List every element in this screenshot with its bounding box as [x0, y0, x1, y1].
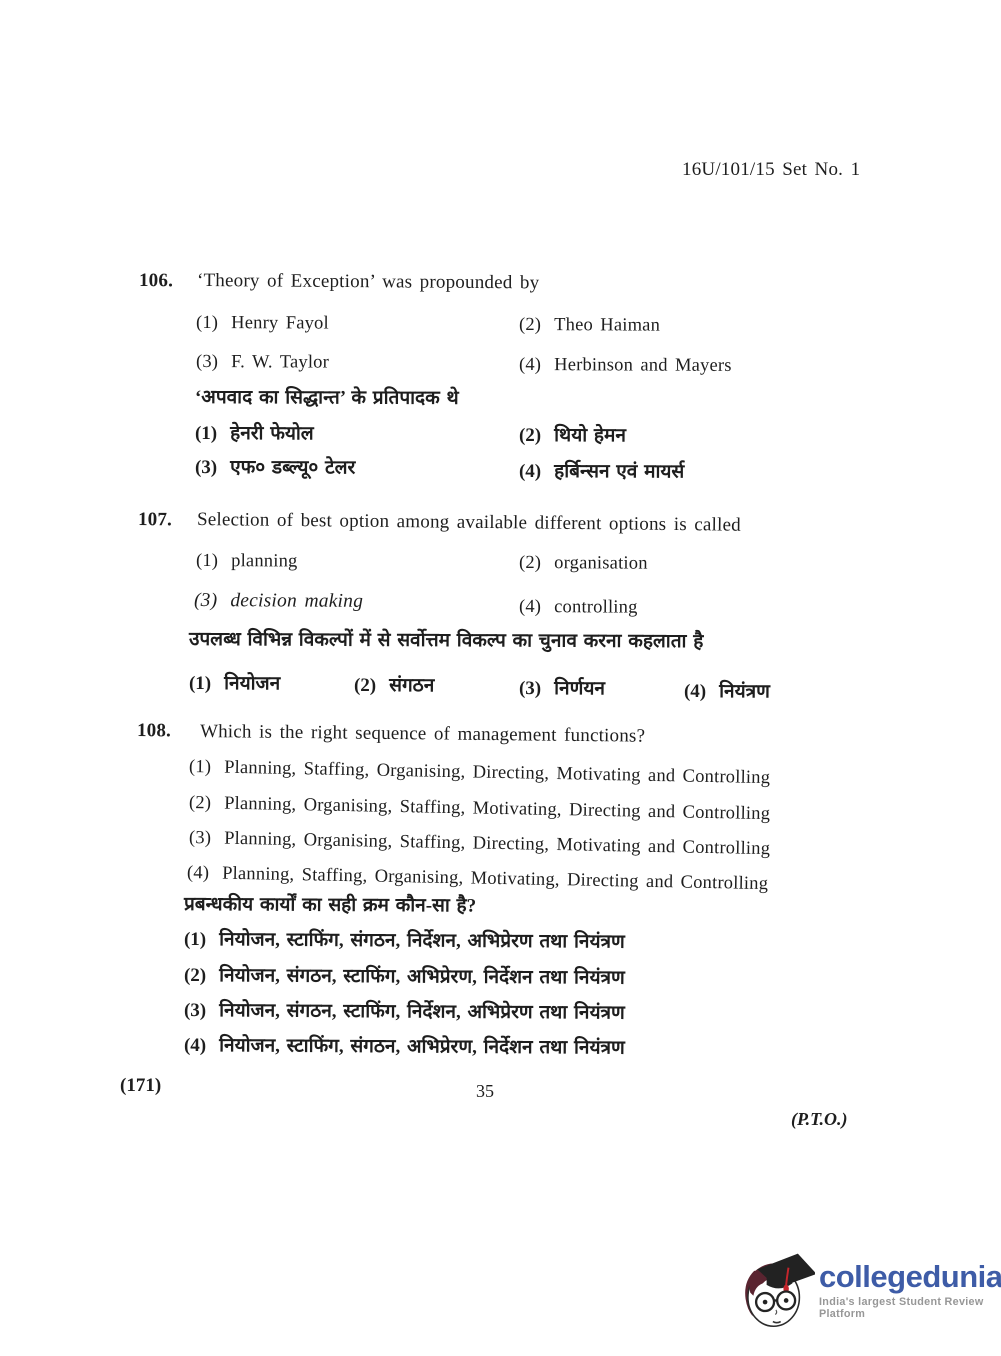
option-text: F. W. Taylor	[231, 352, 329, 372]
option-text: थियो हेमन	[554, 425, 626, 446]
option-text: Planning, Staffing, Organising, Directin…	[224, 758, 770, 788]
option-label: (2)	[184, 964, 206, 989]
footer-page-number: 35	[476, 1080, 494, 1103]
option-label: (4)	[519, 353, 541, 377]
option-text: संगठन	[389, 675, 434, 696]
option-label: (4)	[519, 460, 541, 485]
q108-option-1-en: (1)Planning, Staffing, Organising, Direc…	[189, 755, 771, 790]
q107-option-3-en: (3)decision making	[194, 588, 363, 614]
option-text: Henry Fayol	[231, 313, 329, 333]
q106-option-2-en: (2)Theo Haiman	[519, 313, 660, 338]
q107-option-1-hi: (1)नियोजन	[189, 672, 280, 697]
q106-option-4-hi: (4)हर्बिन्सन एवं मायर्स	[519, 460, 684, 485]
option-text: नियोजन, स्टाफिंग, संगठन, अभिप्रेरण, निर्…	[219, 1035, 625, 1058]
q106-option-3-en: (3)F. W. Taylor	[196, 350, 329, 375]
collegedunia-logo-text: collegedunia com India's largest Student…	[819, 1261, 1001, 1320]
q108-question-en: Which is the right sequence of managemen…	[200, 720, 645, 749]
q107-option-2-en: (2)organisation	[519, 551, 648, 576]
option-label: (2)	[519, 424, 541, 449]
option-label: (2)	[354, 674, 376, 699]
footer-booklet-code: (171)	[120, 1074, 161, 1099]
q108-option-2-en: (2)Planning, Organising, Staffing, Motiv…	[189, 791, 771, 826]
option-label: (1)	[189, 755, 212, 779]
q107-question-hi: उपलब्ध विभिन्न विकल्पों में से सर्वोत्तम…	[189, 628, 703, 655]
option-text: Planning, Organising, Staffing, Directin…	[224, 829, 770, 859]
q107-option-3-hi: (3)निर्णयन	[519, 677, 605, 702]
collegedunia-tagline: India's largest Student Review Platform	[819, 1296, 1001, 1320]
option-label: (1)	[189, 672, 211, 697]
header-paper-code: 16U/101/15 Set No. 1	[682, 158, 860, 183]
option-text: हेनरी फेयोल	[230, 423, 314, 444]
q108-number: 108.	[137, 719, 171, 744]
q108-question-hi: प्रबन्धकीय कार्यों का सही क्रम कौन-सा है…	[184, 893, 476, 919]
option-label: (3)	[195, 456, 217, 481]
footer-pto-label: (P.T.O.)	[791, 1108, 848, 1131]
q106-number: 106.	[139, 269, 173, 294]
option-text: decision making	[230, 590, 363, 612]
option-text: एफ० डब्ल्यू० टेलर	[230, 457, 355, 478]
option-text: Theo Haiman	[554, 315, 660, 335]
option-label: (2)	[519, 313, 541, 337]
q106-question-en: ‘Theory of Exception’ was propounded by	[197, 269, 539, 296]
option-text: नियोजन, संगठन, स्टाफिंग, अभिप्रेरण, निर्…	[219, 965, 625, 988]
q108-option-4-en: (4)Planning, Staffing, Organising, Motiv…	[187, 861, 769, 896]
option-label: (4)	[519, 595, 541, 619]
option-label: (3)	[189, 826, 212, 850]
q107-number: 107.	[138, 508, 172, 533]
option-text: Herbinson and Mayers	[554, 355, 732, 376]
q108-option-3-en: (3)Planning, Organising, Staffing, Direc…	[189, 826, 771, 861]
q106-option-1-en: (1)Henry Fayol	[196, 311, 329, 336]
option-text: planning	[231, 551, 297, 571]
option-text: Planning, Staffing, Organising, Motivati…	[222, 864, 768, 894]
option-text: निर्णयन	[554, 678, 605, 699]
q107-option-1-en: (1)planning	[196, 549, 298, 574]
collegedunia-logo: collegedunia com India's largest Student…	[737, 1244, 1001, 1337]
option-label: (2)	[519, 551, 541, 575]
option-label: (4)	[684, 680, 706, 705]
q108-option-4-hi: (4)नियोजन, स्टाफिंग, संगठन, अभिप्रेरण, न…	[184, 1034, 625, 1061]
option-label: (1)	[196, 311, 218, 335]
q107-option-4-en: (4)controlling	[519, 595, 638, 620]
q106-option-3-hi: (3)एफ० डब्ल्यू० टेलर	[195, 456, 355, 481]
option-text: controlling	[554, 597, 637, 617]
option-text: हर्बिन्सन एवं मायर्स	[554, 461, 684, 482]
exam-paper-scan: 16U/101/15 Set No. 1 106. ‘Theory of Exc…	[0, 0, 1001, 1356]
collegedunia-mascot-icon	[737, 1244, 815, 1337]
option-label: (3)	[519, 677, 541, 702]
option-text: नियंत्रण	[719, 681, 770, 702]
q108-option-1-hi: (1)नियोजन, स्टाफिंग, संगठन, निर्देशन, अभ…	[184, 928, 625, 955]
option-label: (1)	[196, 549, 218, 573]
option-label: (2)	[189, 791, 212, 815]
q107-option-4-hi: (4)नियंत्रण	[684, 680, 770, 705]
q106-option-2-hi: (2)थियो हेमन	[519, 424, 626, 449]
collegedunia-brand-name: collegedunia	[819, 1261, 1001, 1292]
option-label: (3)	[196, 350, 218, 374]
q107-question-en: Selection of best option among available…	[197, 508, 741, 538]
option-text: नियोजन, स्टाफिंग, संगठन, निर्देशन, अभिप्…	[219, 929, 625, 952]
option-label: (3)	[194, 588, 217, 613]
option-label: (3)	[184, 999, 206, 1024]
option-text: organisation	[554, 553, 648, 573]
option-label: (4)	[187, 861, 210, 885]
q106-question-hi: ‘अपवाद का सिद्धान्त’ के प्रतिपादक थे	[195, 386, 459, 412]
option-text: नियोजन	[224, 673, 280, 694]
option-label: (1)	[184, 928, 206, 953]
option-text: Planning, Organising, Staffing, Motivati…	[224, 794, 770, 824]
q108-option-2-hi: (2)नियोजन, संगठन, स्टाफिंग, अभिप्रेरण, न…	[184, 964, 625, 991]
q108-option-3-hi: (3)नियोजन, संगठन, स्टाफिंग, निर्देशन, अभ…	[184, 999, 625, 1026]
q106-option-4-en: (4)Herbinson and Mayers	[519, 353, 732, 378]
q106-option-1-hi: (1)हेनरी फेयोल	[195, 422, 314, 447]
option-label: (1)	[195, 422, 217, 447]
option-text: नियोजन, संगठन, स्टाफिंग, निर्देशन, अभिप्…	[219, 1000, 625, 1023]
option-label: (4)	[184, 1034, 206, 1059]
q107-option-2-hi: (2)संगठन	[354, 674, 434, 699]
